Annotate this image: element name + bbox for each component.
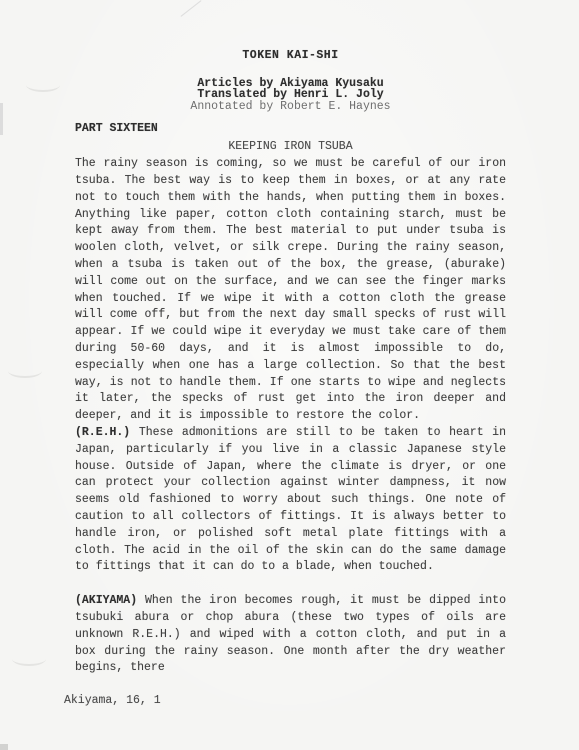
paragraph-akiyama-text: When the iron becomes rough, it must be … (75, 594, 506, 674)
paragraph-reh-note: (R.E.H.) These admonitions are still to … (75, 425, 506, 576)
body-text: The rainy season is coming, so we must b… (75, 156, 506, 677)
scanned-document-page: TOKEN KAI-SHI Articles by Akiyama Kyusak… (0, 0, 579, 750)
byline-block: Articles by Akiyama Kyusaku Translated b… (75, 78, 506, 112)
part-heading: PART SIXTEEN (75, 123, 506, 135)
scan-artifact-smudge-1 (26, 78, 60, 92)
paragraph-main-text: The rainy season is coming, so we must b… (75, 157, 506, 422)
section-heading: KEEPING IRON TSUBA (75, 141, 506, 153)
footer-page-reference: Akiyama, 16, 1 (64, 695, 161, 707)
scan-artifact-smudge-3 (12, 652, 46, 666)
paragraph-main: The rainy season is coming, so we must b… (75, 156, 506, 425)
document-title: TOKEN KAI-SHI (75, 50, 506, 62)
paragraph-akiyama-lead: (AKIYAMA) (75, 594, 137, 607)
scan-artifact-edge-strip (0, 103, 3, 135)
paragraph-reh-lead: (R.E.H.) (75, 426, 130, 439)
paragraph-reh-text: These admonitions are still to be taken … (75, 426, 506, 573)
scan-artifact-corner-mark (0, 744, 8, 750)
scan-artifact-smudge-2 (8, 364, 42, 378)
document-content: TOKEN KAI-SHI Articles by Akiyama Kyusak… (75, 0, 506, 677)
byline-annotator: Annotated by Robert E. Haynes (75, 101, 506, 112)
paragraph-akiyama-note: (AKIYAMA) When the iron becomes rough, i… (75, 593, 506, 677)
